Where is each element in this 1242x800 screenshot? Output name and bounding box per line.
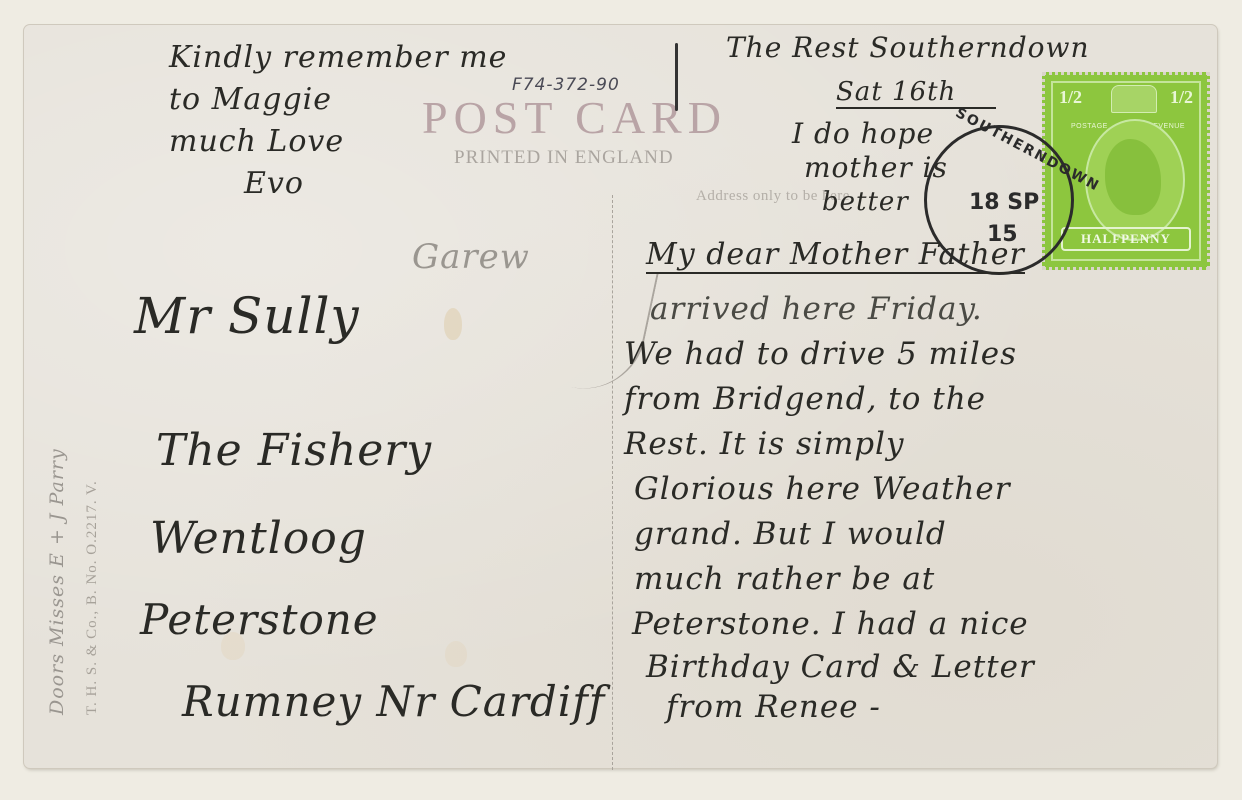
archive-reference: F74-372-90 [512, 75, 620, 95]
sender-location: The Rest Southerndown [726, 31, 1089, 64]
pen-separator [675, 43, 678, 111]
message-line: Glorious here Weather [624, 467, 1035, 512]
note-line: much Love [169, 121, 507, 163]
pencil-side-note: Doors Misses E + J Parry [46, 448, 68, 715]
top-left-note: Kindly remember me to Maggie much Love E… [169, 37, 507, 205]
address-line-2: Wentloog [150, 513, 367, 564]
postcard: POST CARD PRINTED IN ENGLAND Address onl… [24, 25, 1217, 768]
sender-date: Sat 16th [836, 77, 996, 109]
publisher-imprint: T. H. S. & Co., B. No. O.2217. V. [84, 480, 101, 715]
message-line: Birthday Card & Letter [624, 647, 1035, 687]
stamp-denomination-right: 1/2 [1170, 87, 1193, 108]
header-note-line: mother is [792, 151, 948, 185]
message-line: Peterstone. I had a nice [624, 602, 1035, 647]
stamp-denomination-left: 1/2 [1059, 87, 1082, 108]
address-line-3: Peterstone [140, 595, 379, 644]
king-portrait-icon [1105, 139, 1161, 215]
note-line: to Maggie [169, 79, 507, 121]
note-line: Kindly remember me [169, 37, 507, 79]
message-salutation: My dear Mother Father [646, 237, 1025, 274]
message-line: grand. But I would [624, 512, 1035, 557]
message-line: from Renee - [624, 687, 1035, 727]
stamp-postage-text: POSTAGE [1071, 123, 1108, 130]
message-body: arrived here Friday. We had to drive 5 m… [624, 287, 1035, 727]
message-line: Rest. It is simply [624, 422, 1035, 467]
message-line: arrived here Friday. [624, 287, 1035, 332]
address-line-4: Rumney Nr Cardiff [182, 677, 605, 726]
message-line: from Bridgend, to the [624, 377, 1035, 422]
pencil-cross-note: Garew [412, 237, 530, 277]
stamp-value-label: HALFPENNY [1061, 227, 1191, 251]
postmark-date: 18 SP [969, 190, 1039, 215]
header-note-line: I do hope [792, 117, 948, 151]
message-line: We had to drive 5 miles [624, 332, 1035, 377]
address-line-1: The Fishery [156, 425, 432, 476]
crown-icon [1111, 85, 1157, 113]
note-signature: Evo [169, 163, 507, 205]
stain [444, 308, 462, 340]
stain [445, 641, 467, 667]
message-line: much rather be at [624, 557, 1035, 602]
address-line-name: Mr Sully [134, 287, 360, 345]
